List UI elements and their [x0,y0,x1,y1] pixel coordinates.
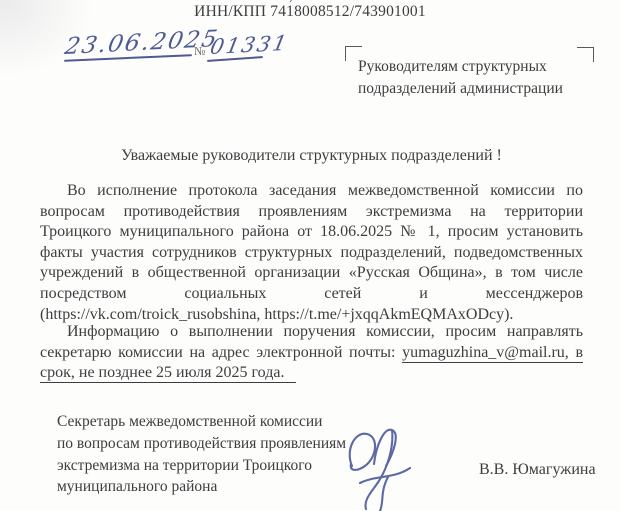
body-line: секретарю комиссии на адрес электронной … [40,343,583,364]
body-line: Во исполнение протокола заседания межвед… [40,181,583,202]
scanned-letter-page: ОКПО 02259764, ОГРН 1027401907800 ИНН/КП… [0,0,620,511]
signer-name: В.В. Юмагужина [479,461,596,479]
addressee-line: подразделений администрации [358,78,590,100]
letterhead-inn-kpp: ИНН/КПП 7418008512/743901001 [0,3,620,21]
deadline-underlined: срок, не позднее 25 июля 2025 года. [40,364,296,383]
body-line-plain: секретарю комиссии на адрес электронной … [40,344,395,361]
paragraph-2: Информацию о выполнении поручения комисс… [40,322,583,384]
number-sign: № [194,44,205,59]
body-line: срок, не позднее 25 июля 2025 года. [40,363,583,384]
body-line: вопросам противодействия проявлениям экс… [40,202,583,223]
salutation: Уважаемые руководители структурных подра… [40,147,583,165]
addressee-line: Руководителям структурных [358,56,590,78]
paragraph-1: Во исполнение протокола заседания межвед… [40,181,583,325]
body-line: факты участия сотрудников структурных по… [40,243,583,264]
body-line: Информацию о выполнении поручения комисс… [40,322,583,343]
handwritten-signature-icon [336,422,436,511]
body-line: Троицкого муниципального района от 18.06… [40,222,583,243]
email-underlined: yumaguzhina_v@mail.ru, в [402,344,583,363]
handwritten-number: 01331 [208,31,290,59]
body-line: учреждений в общественной организации «Р… [40,263,583,284]
body-line: посредством социальных сетей и мессендже… [40,284,583,305]
addressee-block: Руководителям структурных подразделений … [358,56,590,99]
